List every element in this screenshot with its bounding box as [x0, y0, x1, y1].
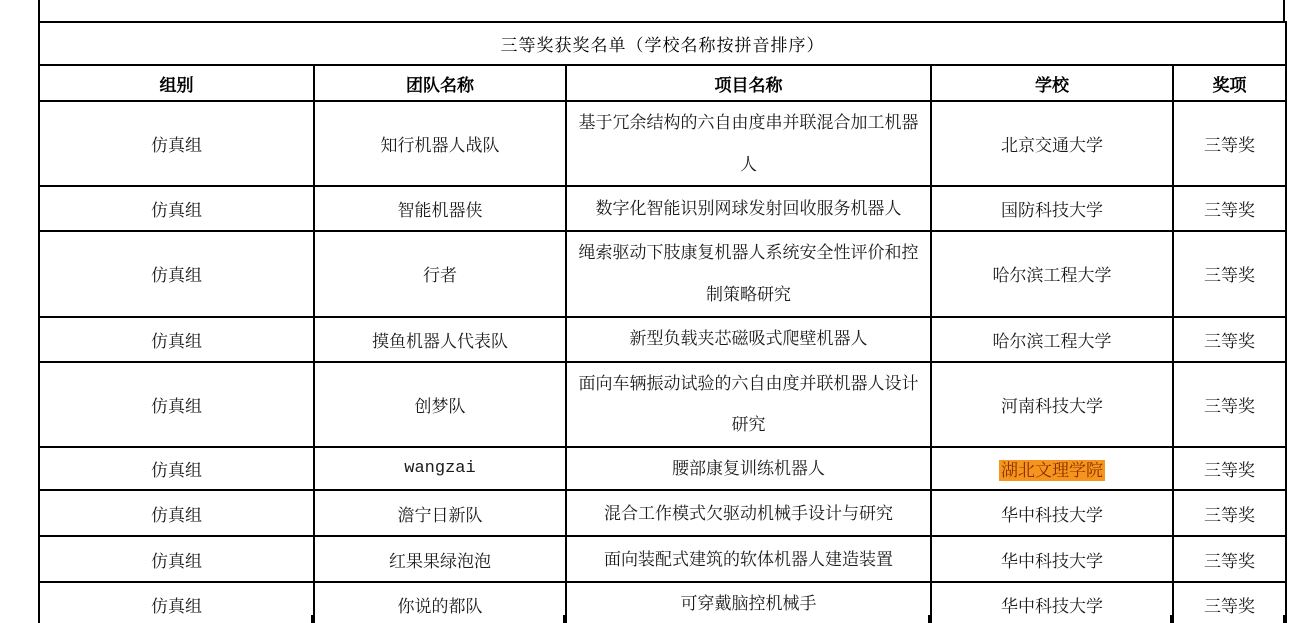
table-title: 三等奖获奖名单（学校名称按拼音排序） [39, 22, 1286, 65]
project-cell: 绳索驱动下肢康复机器人系统安全性评价和控制策略研究 [566, 231, 931, 316]
school-cell: 华中科技大学 [931, 536, 1173, 582]
table-row: 仿真组摸鱼机器人代表队新型负载夹芯磁吸式爬壁机器人哈尔滨工程大学三等奖 [39, 317, 1286, 362]
project-cell: 腰部康复训练机器人 [566, 447, 931, 491]
school-cell: 国防科技大学 [931, 186, 1173, 231]
team-cell: wangzai [314, 447, 566, 491]
column-header-1: 团队名称 [314, 65, 566, 101]
next-row-border-stub [563, 615, 565, 623]
team-cell: 智能机器侠 [314, 186, 566, 231]
table-row: 仿真组行者绳索驱动下肢康复机器人系统安全性评价和控制策略研究哈尔滨工程大学三等奖 [39, 231, 1286, 316]
award-cell: 三等奖 [1173, 582, 1286, 623]
group-cell: 仿真组 [39, 582, 314, 623]
group-cell: 仿真组 [39, 186, 314, 231]
next-row-border-stub [1170, 615, 1172, 623]
column-header-2: 项目名称 [566, 65, 931, 101]
award-cell: 三等奖 [1173, 186, 1286, 231]
project-cell: 基于冗余结构的六自由度串并联混合加工机器人 [566, 101, 931, 186]
team-cell: 你说的都队 [314, 582, 566, 623]
previous-row-border-stub [38, 0, 1285, 21]
school-cell: 北京交通大学 [931, 101, 1173, 186]
group-cell: 仿真组 [39, 317, 314, 362]
award-cell: 三等奖 [1173, 362, 1286, 447]
table-row: 仿真组智能机器侠数字化智能识别网球发射回收服务机器人国防科技大学三等奖 [39, 186, 1286, 231]
project-cell: 数字化智能识别网球发射回收服务机器人 [566, 186, 931, 231]
title-row: 三等奖获奖名单（学校名称按拼音排序） [39, 22, 1286, 65]
search-highlight: 湖北文理学院 [999, 460, 1105, 481]
header-row: 组别团队名称项目名称学校奖项 [39, 65, 1286, 101]
school-cell: 湖北文理学院 [931, 447, 1173, 491]
group-cell: 仿真组 [39, 447, 314, 491]
table-row: 仿真组知行机器人战队基于冗余结构的六自由度串并联混合加工机器人北京交通大学三等奖 [39, 101, 1286, 186]
table-row: 仿真组澹宁日新队混合工作模式欠驱动机械手设计与研究华中科技大学三等奖 [39, 490, 1286, 536]
school-cell: 华中科技大学 [931, 582, 1173, 623]
table-row: 仿真组你说的都队可穿戴脑控机械手华中科技大学三等奖 [39, 582, 1286, 623]
group-cell: 仿真组 [39, 490, 314, 536]
column-header-4: 奖项 [1173, 65, 1286, 101]
team-cell: 澹宁日新队 [314, 490, 566, 536]
award-cell: 三等奖 [1173, 447, 1286, 491]
next-row-border-stub [38, 615, 40, 623]
next-row-border-stub [928, 615, 930, 623]
project-cell: 面向车辆振动试验的六自由度并联机器人设计研究 [566, 362, 931, 447]
project-cell: 可穿戴脑控机械手 [566, 582, 931, 623]
team-cell: 摸鱼机器人代表队 [314, 317, 566, 362]
team-cell: 行者 [314, 231, 566, 316]
project-cell: 新型负载夹芯磁吸式爬壁机器人 [566, 317, 931, 362]
group-cell: 仿真组 [39, 536, 314, 582]
table-row: 仿真组创梦队面向车辆振动试验的六自由度并联机器人设计研究河南科技大学三等奖 [39, 362, 1286, 447]
award-cell: 三等奖 [1173, 101, 1286, 186]
table-row: 仿真组wangzai腰部康复训练机器人湖北文理学院三等奖 [39, 447, 1286, 491]
awards-table: 三等奖获奖名单（学校名称按拼音排序） 组别团队名称项目名称学校奖项 仿真组知行机… [38, 21, 1287, 623]
award-cell: 三等奖 [1173, 490, 1286, 536]
school-cell: 哈尔滨工程大学 [931, 231, 1173, 316]
project-cell: 混合工作模式欠驱动机械手设计与研究 [566, 490, 931, 536]
team-cell: 创梦队 [314, 362, 566, 447]
next-row-border-stub [311, 615, 313, 623]
table-row: 仿真组红果果绿泡泡面向装配式建筑的软体机器人建造装置华中科技大学三等奖 [39, 536, 1286, 582]
team-cell: 知行机器人战队 [314, 101, 566, 186]
project-cell: 面向装配式建筑的软体机器人建造装置 [566, 536, 931, 582]
school-cell: 哈尔滨工程大学 [931, 317, 1173, 362]
award-cell: 三等奖 [1173, 231, 1286, 316]
group-cell: 仿真组 [39, 231, 314, 316]
team-cell: 红果果绿泡泡 [314, 536, 566, 582]
school-cell: 华中科技大学 [931, 490, 1173, 536]
column-header-0: 组别 [39, 65, 314, 101]
group-cell: 仿真组 [39, 101, 314, 186]
group-cell: 仿真组 [39, 362, 314, 447]
next-row-border-stub [1283, 615, 1285, 623]
column-header-3: 学校 [931, 65, 1173, 101]
award-cell: 三等奖 [1173, 536, 1286, 582]
school-cell: 河南科技大学 [931, 362, 1173, 447]
document-page: 三等奖获奖名单（学校名称按拼音排序） 组别团队名称项目名称学校奖项 仿真组知行机… [0, 0, 1298, 623]
award-cell: 三等奖 [1173, 317, 1286, 362]
